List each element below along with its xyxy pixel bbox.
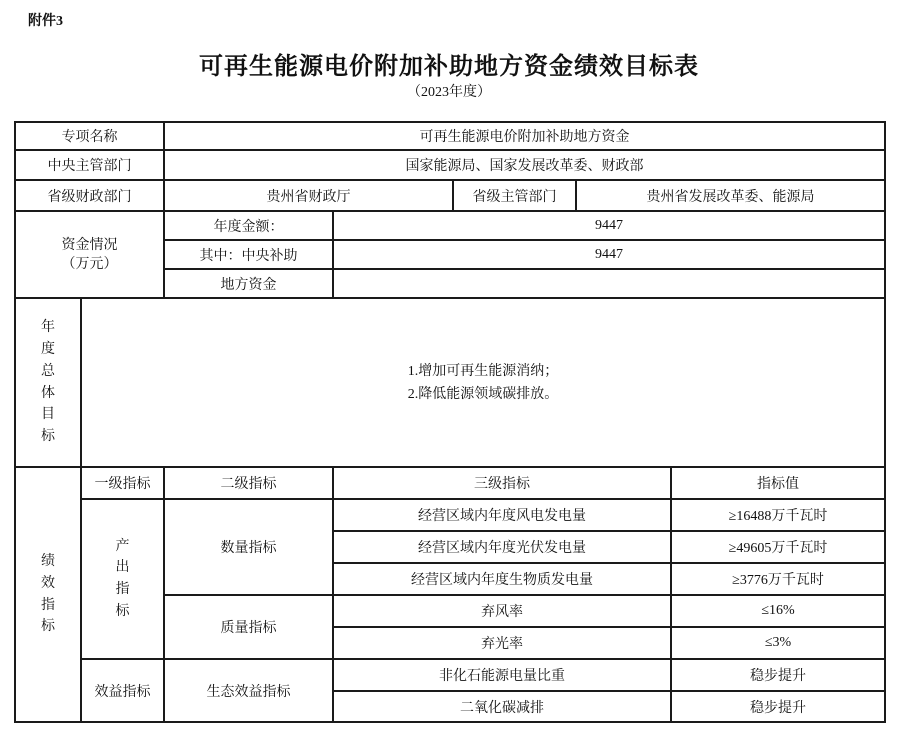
table-row: 年度总体目标 1.增加可再生能源消纳； 2.降低能源领域碳排放。 (15, 298, 885, 467)
performance-target-table: 专项名称 可再生能源电价附加补助地方资金 中央主管部门 国家能源局、国家发展改革… (14, 121, 886, 723)
annual-goal-label-text: 年度总体目标 (41, 317, 55, 447)
indicator-value: ≥16488万千瓦时 (671, 499, 885, 531)
output-indicator-label: 产出指标 (81, 499, 164, 659)
table-row: 资金情况 （万元） 年度金额： 9447 (15, 211, 885, 240)
header-level1: 一级指标 (81, 467, 164, 499)
table-row: 中央主管部门 国家能源局、国家发展改革委、财政部 (15, 150, 885, 180)
funding-section-label: 资金情况 （万元） (15, 211, 164, 298)
annual-goal-line1: 1.增加可再生能源消纳； (82, 360, 884, 383)
indicator-value: ≥3776万千瓦时 (671, 563, 885, 595)
indicator-name: 二氧化碳减排 (333, 691, 671, 722)
annual-goal-label: 年度总体目标 (15, 298, 81, 467)
benefit-indicator-label: 效益指标 (81, 659, 164, 722)
attachment-label: 附件3 (28, 10, 63, 30)
annual-amount-label: 年度金额： (164, 211, 333, 240)
document-page: 附件3 可再生能源电价附加补助地方资金绩效目标表 （2023年度） 专项名称 可… (0, 0, 898, 739)
output-indicator-text: 产出指标 (116, 536, 130, 623)
central-dept-value: 国家能源局、国家发展改革委、财政部 (164, 150, 885, 180)
annual-amount-value: 9447 (333, 211, 885, 240)
central-dept-label: 中央主管部门 (15, 150, 164, 180)
indicator-name: 经营区域内年度光伏发电量 (333, 531, 671, 563)
table-row: 专项名称 可再生能源电价附加补助地方资金 (15, 122, 885, 150)
provincial-finance-label: 省级财政部门 (15, 180, 164, 211)
indicator-name: 弃光率 (333, 627, 671, 659)
local-funds-value (333, 269, 885, 298)
page-title: 可再生能源电价附加补助地方资金绩效目标表 (0, 46, 898, 81)
header-level2: 二级指标 (164, 467, 333, 499)
header-value: 指标值 (671, 467, 885, 499)
performance-label-text: 绩效指标 (41, 551, 55, 638)
provincial-admin-label: 省级主管部门 (453, 180, 576, 211)
funding-label-line1: 资金情况 (16, 236, 163, 255)
annual-goal-content: 1.增加可再生能源消纳； 2.降低能源领域碳排放。 (81, 298, 885, 467)
local-funds-label: 地方资金 (164, 269, 333, 298)
indicator-value: 稳步提升 (671, 659, 885, 691)
table-row: 效益指标 生态效益指标 非化石能源电量比重 稳步提升 (15, 659, 885, 691)
project-name-label: 专项名称 (15, 122, 164, 150)
performance-section-label: 绩效指标 (15, 467, 81, 722)
indicator-value: ≤3% (671, 627, 885, 659)
annual-goal-line2: 2.降低能源领域碳排放。 (82, 383, 884, 406)
header-level3: 三级指标 (333, 467, 671, 499)
provincial-finance-value: 贵州省财政厅 (164, 180, 453, 211)
indicator-name: 非化石能源电量比重 (333, 659, 671, 691)
eco-benefit-indicator-label: 生态效益指标 (164, 659, 333, 722)
quantity-indicator-label: 数量指标 (164, 499, 333, 595)
quality-indicator-label: 质量指标 (164, 595, 333, 659)
table-row: 省级财政部门 贵州省财政厅 省级主管部门 贵州省发展改革委、能源局 (15, 180, 885, 211)
provincial-admin-value: 贵州省发展改革委、能源局 (576, 180, 885, 211)
funding-label-line2: （万元） (16, 255, 163, 274)
central-subsidy-value: 9447 (333, 240, 885, 269)
indicator-value: ≤16% (671, 595, 885, 627)
project-name-value: 可再生能源电价附加补助地方资金 (164, 122, 885, 150)
indicator-value: 稳步提升 (671, 691, 885, 722)
indicator-name: 经营区域内年度风电发电量 (333, 499, 671, 531)
indicator-name: 弃风率 (333, 595, 671, 627)
indicator-name: 经营区域内年度生物质发电量 (333, 563, 671, 595)
page-subtitle: （2023年度） (0, 81, 898, 101)
indicator-value: ≥49605万千瓦时 (671, 531, 885, 563)
table-row: 产出指标 数量指标 经营区域内年度风电发电量 ≥16488万千瓦时 (15, 499, 885, 531)
central-subsidy-label: 其中：中央补助 (164, 240, 333, 269)
table-row: 绩效指标 一级指标 二级指标 三级指标 指标值 (15, 467, 885, 499)
